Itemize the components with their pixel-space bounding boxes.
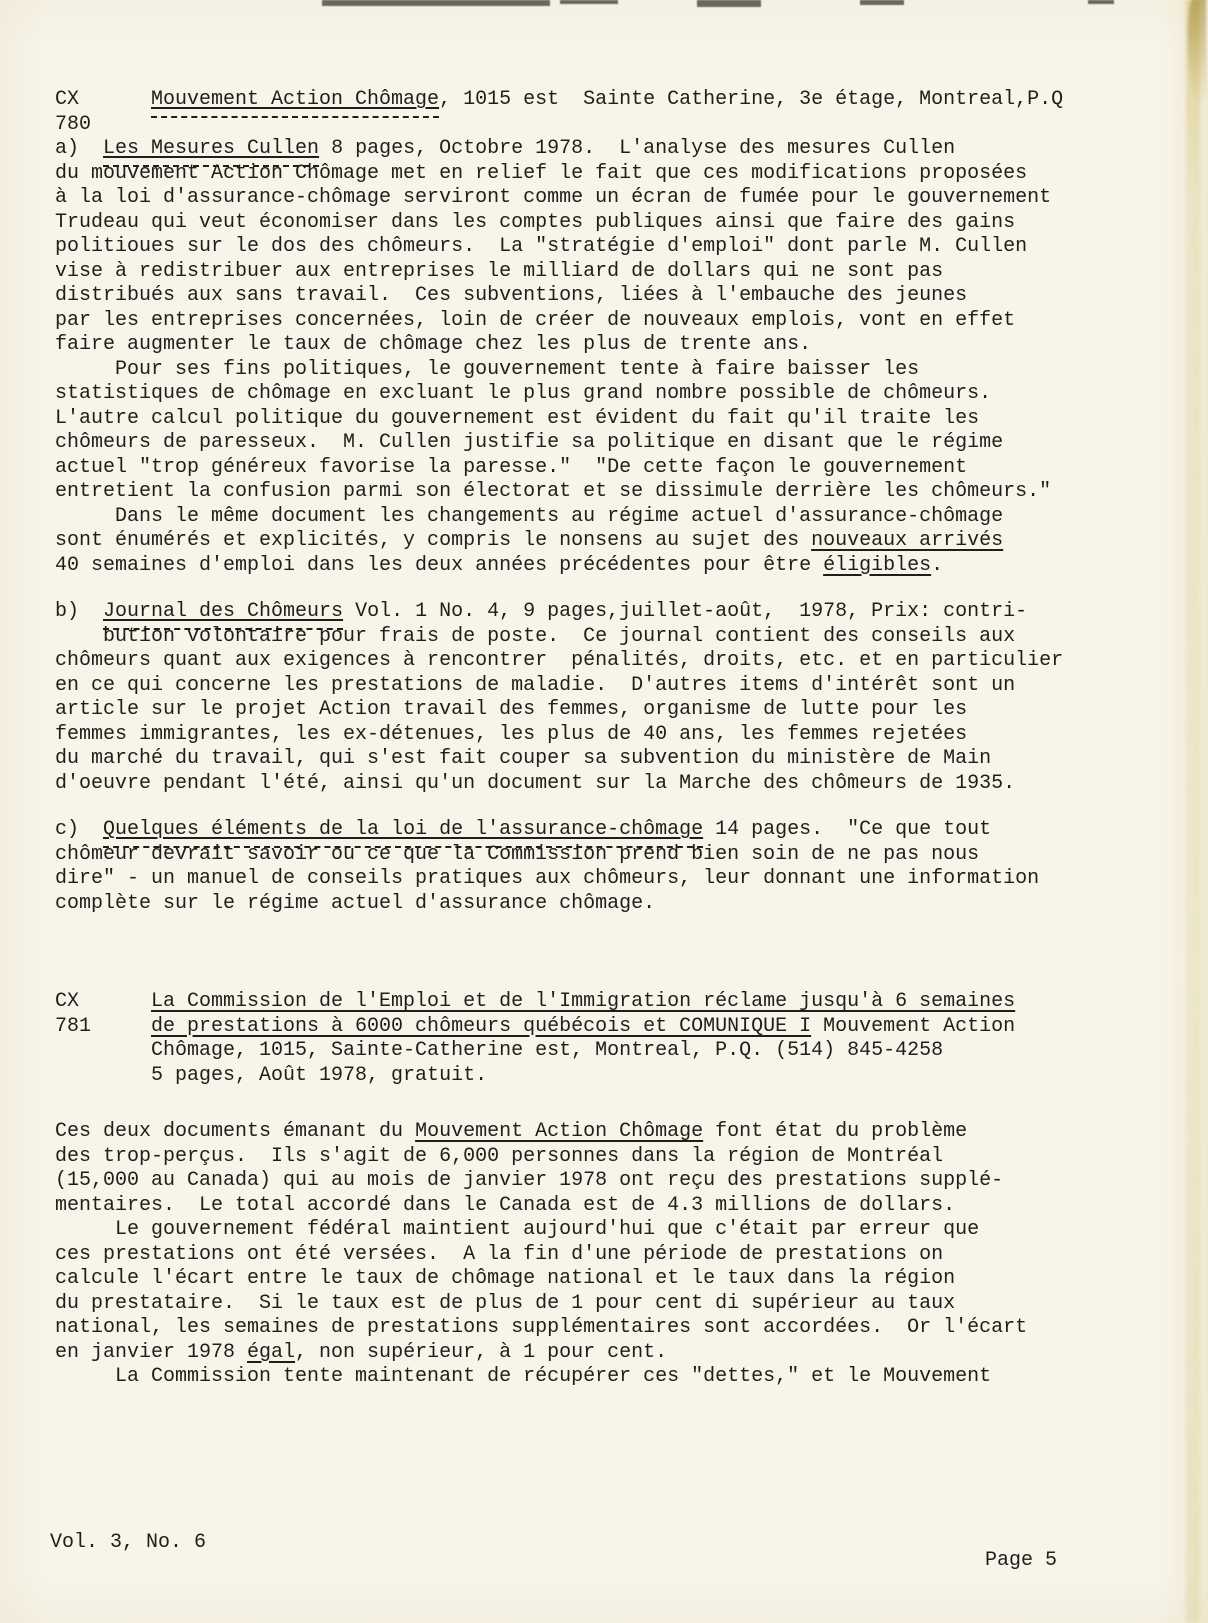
text-line: chômeur devrait savoir ou ce que la Comm… [55,843,1039,868]
text-line: distribués aux sans travail. Ces subvent… [55,284,1063,309]
text-line: mentaires. Le total accordé dans le Cana… [55,1194,1027,1219]
text-run: femmes immigrantes, les ex-détenues, les… [55,723,967,746]
text-run: politioues sur le dos des chômeurs. La "… [55,235,1027,258]
text-line: CX Mouvement Action Chômage, 1015 est Sa… [55,88,1063,113]
text-line: 5 pages, Août 1978, gratuit. [55,1064,1015,1089]
scan-artifact [1088,0,1114,4]
text-line: b) Journal des Chômeurs Vol. 1 No. 4, 9 … [55,600,1063,625]
text-line: chômeurs quant aux exigences à rencontre… [55,649,1063,674]
text-line: national, les semaines de prestations su… [55,1316,1027,1341]
text-run: faire augmenter le taux de chômage chez … [55,333,811,356]
text-line: L'autre calcul politique du gouvernement… [55,407,1063,432]
underlined-text: Mouvement Action Chômage [415,1120,703,1143]
text-run: a) [55,137,103,160]
text-line: Le gouvernement fédéral maintient aujour… [55,1218,1027,1243]
text-run: du marché du travail, qui s'est fait cou… [55,747,991,770]
text-line: en ce qui concerne les prestations de ma… [55,674,1063,699]
text-line: du mouvement Action Chômage met en relie… [55,162,1063,187]
text-line: 781 de prestations à 6000 chômeurs québé… [55,1015,1015,1040]
text-line: Dans le même document les changements au… [55,505,1063,530]
scan-artifact [860,0,904,5]
text-run: Le gouvernement fédéral maintient aujour… [55,1218,979,1241]
text-line: entretient la confusion parmi son électo… [55,480,1063,505]
text-run: 14 pages. "Ce que tout [703,818,991,841]
text-run: font état du problème [703,1120,967,1143]
text-line: par les entreprises concernées, loin de … [55,309,1063,334]
text-run: national, les semaines de prestations su… [55,1316,1027,1339]
text-line: vise à redistribuer aux entreprises le m… [55,260,1063,285]
text-line: Chômage, 1015, Sainte-Catherine est, Mon… [55,1039,1015,1064]
text-run: article sur le projet Action travail des… [55,698,967,721]
text-line: ces prestations ont été versées. A la fi… [55,1243,1027,1268]
text-run: chômeurs quant aux exigences à rencontre… [55,649,1063,672]
text-run: distribués aux sans travail. Ces subvent… [55,284,967,307]
entry-cx-781-text: CX La Commission de l'Emploi et de l'Imm… [55,990,1015,1088]
text-run: b) [55,600,103,623]
text-run: Vol. 1 No. 4, 9 pages,juillet-août, 1978… [343,600,1027,623]
section-b-text: b) Journal des Chômeurs Vol. 1 No. 4, 9 … [55,600,1063,796]
text-run: en janvier 1978 [55,1341,247,1364]
text-run: Pour ses fins politiques, le gouvernemen… [55,358,919,381]
text-run: c) [55,818,103,841]
text-line: statistiques de chômage en excluant le p… [55,382,1063,407]
text-line: chômeurs de paresseux. M. Cullen justifi… [55,431,1063,456]
text-run: du prestataire. Si le taux est de plus d… [55,1292,955,1315]
scan-artifact [322,0,550,6]
text-run: Trudeau qui veut économiser dans les com… [55,211,1015,234]
text-run: bution volontaire pour frais de poste. C… [55,625,1015,648]
underlined-text: nouveaux arrivés [811,529,1003,552]
text-line: dire" - un manuel de conseils pratiques … [55,867,1039,892]
text-run: du mouvement Action Chômage met en relie… [55,162,1027,185]
text-run: , 1015 est Sainte Catherine, 3e étage, M… [439,88,1063,111]
text-line: des trop-perçus. Ils s'agit de 6,000 per… [55,1145,1027,1170]
scan-artifact [697,0,761,7]
text-run: La Commission tente maintenant de récupé… [55,1365,991,1388]
text-line: bution volontaire pour frais de poste. C… [55,625,1063,650]
underlined-text: de prestations à 6000 chômeurs québécois… [151,1015,811,1038]
text-line: c) Quelques éléments de la loi de l'assu… [55,818,1039,843]
text-run: CX [55,990,151,1013]
text-line: actuel "trop généreux favorise la paress… [55,456,1063,481]
text-line: femmes immigrantes, les ex-détenues, les… [55,723,1063,748]
text-run: (15,000 au Canada) qui au mois de janvie… [55,1169,1003,1192]
text-run: Ces deux documents émanant du [55,1120,415,1143]
text-line: (15,000 au Canada) qui au mois de janvie… [55,1169,1027,1194]
text-line: en janvier 1978 égal, non supérieur, à 1… [55,1341,1027,1366]
underlined-text: Mouvement Action Chômage [151,88,439,118]
page-number-label: Page 5 [985,1549,1057,1572]
text-run: d'oeuvre pendant l'été, ainsi qu'un docu… [55,772,1015,795]
underlined-text: égal [247,1341,295,1364]
text-line: calcule l'écart entre le taux de chômage… [55,1267,1027,1292]
text-run: 5 pages, Août 1978, gratuit. [55,1064,487,1087]
text-line: complète sur le régime actuel d'assuranc… [55,892,1039,917]
scan-artifact [560,0,618,4]
text-line: du prestataire. Si le taux est de plus d… [55,1292,1027,1317]
scan-edge-band [1186,0,1200,1623]
text-run: 781 [55,1015,151,1038]
text-line: du marché du travail, qui s'est fait cou… [55,747,1063,772]
text-line: article sur le projet Action travail des… [55,698,1063,723]
text-line: 40 semaines d'emploi dans les deux année… [55,554,1063,579]
volume-issue-label: Vol. 3, No. 6 [50,1531,206,1554]
text-run: à la loi d'assurance-chômage serviront c… [55,186,1051,209]
text-run: dire" - un manuel de conseils pratiques … [55,867,1039,890]
text-run: chômeurs de paresseux. M. Cullen justifi… [55,431,1003,454]
text-run: mentaires. Le total accordé dans le Cana… [55,1194,955,1217]
text-run: Mouvement Action [811,1015,1015,1038]
text-run: Dans le même document les changements au… [55,505,1003,528]
text-line: politioues sur le dos des chômeurs. La "… [55,235,1063,260]
text-run: 40 semaines d'emploi dans les deux année… [55,554,823,577]
underlined-text: éligibles [823,554,931,577]
document-page: CX Mouvement Action Chômage, 1015 est Sa… [0,0,1208,1623]
text-line: à la loi d'assurance-chômage serviront c… [55,186,1063,211]
text-run: Chômage, 1015, Sainte-Catherine est, Mon… [55,1039,943,1062]
text-line: La Commission tente maintenant de récupé… [55,1365,1027,1390]
text-run: en ce qui concerne les prestations de ma… [55,674,1015,697]
underlined-text: La Commission de l'Emploi et de l'Immigr… [151,990,1015,1013]
entry-cx-780-text: CX Mouvement Action Chômage, 1015 est Sa… [55,88,1063,578]
text-run: , non supérieur, à 1 pour cent. [295,1341,667,1364]
closing-paragraphs-text: Ces deux documents émanant du Mouvement … [55,1120,1027,1390]
text-line: CX La Commission de l'Emploi et de l'Imm… [55,990,1015,1015]
text-run: par les entreprises concernées, loin de … [55,309,1015,332]
text-line: Ces deux documents émanant du Mouvement … [55,1120,1027,1145]
section-c-text: c) Quelques éléments de la loi de l'assu… [55,818,1039,916]
text-run: calcule l'écart entre le taux de chômage… [55,1267,955,1290]
text-run: 8 pages, Octobre 1978. L'analyse des mes… [319,137,955,160]
text-line: faire augmenter le taux de chômage chez … [55,333,1063,358]
text-run: sont énumérés et explicités, y compris l… [55,529,811,552]
text-run: . [931,554,943,577]
text-run: 780 [55,113,91,136]
text-run: chômeur devrait savoir ou ce que la Comm… [55,843,979,866]
text-line: d'oeuvre pendant l'été, ainsi qu'un docu… [55,772,1063,797]
text-run: statistiques de chômage en excluant le p… [55,382,991,405]
text-line: sont énumérés et explicités, y compris l… [55,529,1063,554]
text-run: entretient la confusion parmi son électo… [55,480,1051,503]
text-line: Trudeau qui veut économiser dans les com… [55,211,1063,236]
text-run: des trop-perçus. Ils s'agit de 6,000 per… [55,1145,943,1168]
text-run: complète sur le régime actuel d'assuranc… [55,892,655,915]
text-run: vise à redistribuer aux entreprises le m… [55,260,943,283]
text-line: a) Les Mesures Cullen 8 pages, Octobre 1… [55,137,1063,162]
text-run: CX [55,88,151,111]
text-run: L'autre calcul politique du gouvernement… [55,407,979,430]
text-run: actuel "trop généreux favorise la paress… [55,456,967,479]
text-line: Pour ses fins politiques, le gouvernemen… [55,358,1063,383]
text-run: ces prestations ont été versées. A la fi… [55,1243,943,1266]
